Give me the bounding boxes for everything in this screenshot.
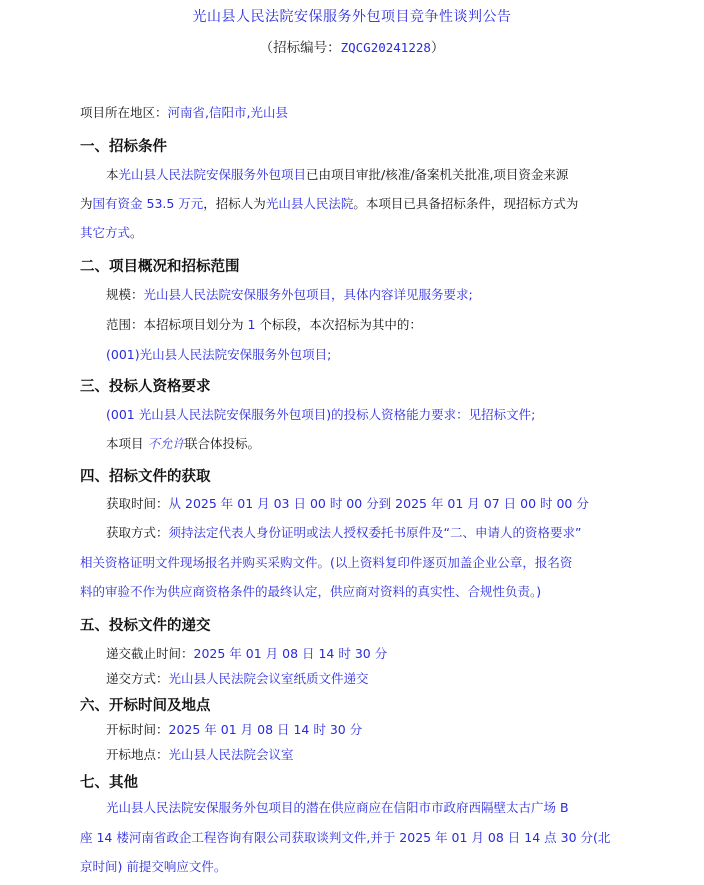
project-location: 项目所在地区：河南省,信阳市,光山县 [80, 105, 288, 121]
s4-method-line-3: 料的审验不作为供应商资格条件的最终认定，供应商对资料的真实性、合规性负责。) [80, 584, 541, 600]
text: 本项目 [106, 436, 147, 451]
s3-joint-bid: 本项目 不允许联合体投标。 [106, 436, 260, 452]
s6-place: 开标地点：光山县人民法院会议室 [106, 747, 294, 763]
label: 递交截止时间： [106, 646, 194, 661]
text: 范围：本招标项目划分为 [106, 317, 247, 332]
tender-method: 其它方式 [80, 225, 130, 240]
section-heading-1: 一、招标条件 [80, 135, 167, 156]
s6-time: 开标时间：2025 年 01 月 08 日 14 时 30 分 [106, 722, 362, 738]
code-prefix: （招标编号： [260, 40, 341, 56]
text: 已由项目审批/核准/备案机关批准,项目资金来源 [306, 167, 568, 182]
text: 。 [130, 225, 143, 240]
section-heading-3: 三、投标人资格要求 [80, 375, 211, 396]
text: ，招标人为 [203, 196, 266, 211]
s7-line-1: 光山县人民法院安保服务外包项目的潜在供应商应在信阳市市政府西隔壁太古广场 B [106, 800, 569, 816]
location-value: 河南省,信阳市,光山县 [168, 105, 288, 120]
tenderer: 光山县人民法院 [266, 196, 354, 211]
text: 个标段，本次招标为其中的： [255, 317, 421, 332]
location-label: 项目所在地区： [80, 105, 168, 120]
joint-bid-status: 不允许 [147, 436, 185, 451]
label: 获取时间： [106, 496, 169, 511]
s2-lot: (001)光山县人民法院安保服务外包项目; [106, 347, 331, 363]
s5-deadline: 递交截止时间：2025 年 01 月 08 日 14 时 30 分 [106, 646, 387, 662]
s4-time: 获取时间：从 2025 年 01 月 03 日 00 时 00 分到 2025 … [106, 496, 589, 512]
s7-line-3: 京时间) 前提交响应文件。 [80, 859, 226, 875]
project-code-line: （招标编号：ZQCG20241228） [0, 36, 704, 56]
s4-method-line-1: 获取方式：须持法定代表人身份证明或法人授权委托书原件及“二、申请人的资格要求” [106, 525, 581, 541]
s3-requirement: (001 光山县人民法院安保服务外包项目)的投标人资格能力要求：见招标文件; [106, 407, 535, 423]
text: 。本项目已具备招标条件，现招标方式为 [353, 196, 578, 211]
s5-method: 递交方式：光山县人民法院会议室纸质文件递交 [106, 671, 369, 687]
value: 光山县人民法院安保服务外包项目，具体内容详见服务要求; [144, 287, 473, 302]
label: 规模： [106, 287, 144, 302]
value: 2025 年 01 月 08 日 14 时 30 分 [169, 722, 363, 737]
s4-method-line-2: 相关资格证明文件现场报名并购买采购文件。(以上资料复印件逐页加盖企业公章，报名资 [80, 555, 572, 571]
section-heading-5: 五、投标文件的递交 [80, 614, 211, 635]
value: 光山县人民法院会议室 [169, 747, 294, 762]
section-heading-4: 四、招标文件的获取 [80, 465, 211, 486]
section-heading-6: 六、开标时间及地点 [80, 694, 211, 715]
value: 从 2025 年 01 月 03 日 00 时 00 分到 2025 年 01 … [169, 496, 589, 511]
project-code: ZQCG20241228 [341, 40, 431, 55]
label: 获取方式： [106, 525, 169, 540]
text: 本 [106, 167, 119, 182]
code-suffix: ） [431, 40, 445, 56]
s1-paragraph-line-1: 本光山县人民法院安保服务外包项目已由项目审批/核准/备案机关批准,项目资金来源 [106, 167, 568, 183]
s2-scale: 规模：光山县人民法院安保服务外包项目，具体内容详见服务要求; [106, 287, 473, 303]
text: 联合体投标。 [185, 436, 260, 451]
section-heading-7: 七、其他 [80, 771, 138, 792]
s2-range: 范围：本招标项目划分为 1 个标段，本次招标为其中的： [106, 317, 422, 333]
value: 2025 年 01 月 08 日 14 时 30 分 [194, 646, 388, 661]
text: 为 [80, 196, 93, 211]
project-name: 光山县人民法院安保服务外包项目 [119, 167, 307, 182]
value: 须持法定代表人身份证明或法人授权委托书原件及“二、申请人的资格要求” [169, 525, 582, 540]
fund-source: 国有资金 53.5 万元 [93, 196, 204, 211]
s1-paragraph-line-3: 其它方式。 [80, 225, 143, 241]
s7-line-2: 座 14 楼河南省政企工程咨询有限公司获取谈判文件,并于 2025 年 01 月… [80, 830, 610, 846]
announcement-title: 光山县人民法院安保服务外包项目竞争性谈判公告 [0, 6, 704, 26]
section-heading-2: 二、项目概况和招标范围 [80, 255, 240, 276]
value: 光山县人民法院会议室纸质文件递交 [169, 671, 369, 686]
label: 递交方式： [106, 671, 169, 686]
s1-paragraph-line-2: 为国有资金 53.5 万元，招标人为光山县人民法院。本项目已具备招标条件，现招标… [80, 196, 578, 212]
label: 开标时间： [106, 722, 169, 737]
label: 开标地点： [106, 747, 169, 762]
